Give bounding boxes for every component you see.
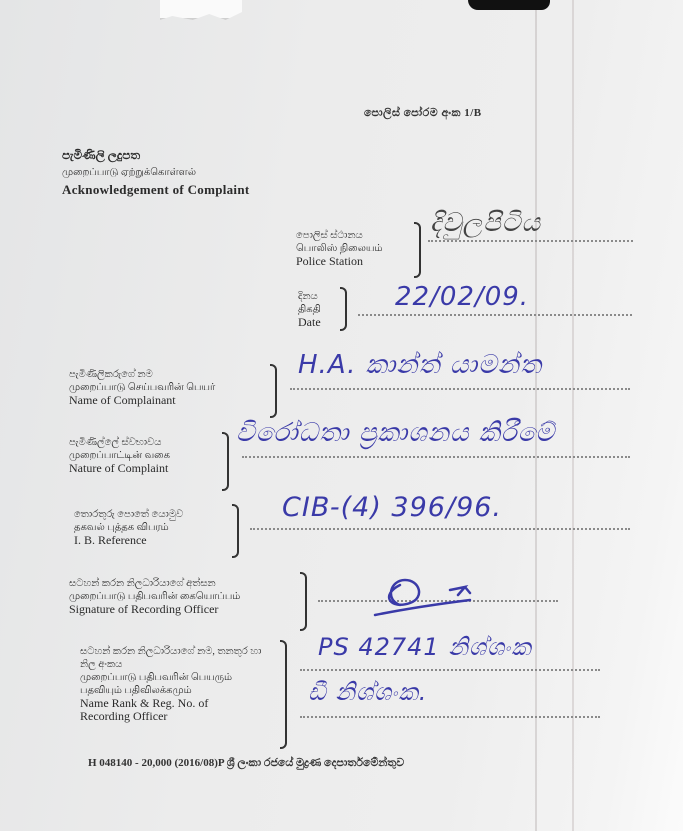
complainant-name-line bbox=[290, 388, 630, 390]
label-english: I. B. Reference bbox=[74, 534, 183, 547]
nature-of-complaint-line bbox=[242, 456, 630, 458]
date-value: 22/02/09. bbox=[395, 282, 529, 312]
label-english: Police Station bbox=[296, 255, 383, 268]
complaint-acknowledgement-form: පොලිස් පෝරම අංක 1/B පැමිණිලි ලදුපත முறைப… bbox=[0, 0, 683, 831]
label-sinhala: පොලිස් ස්ථානය bbox=[296, 229, 383, 242]
label-english: Recording Officer bbox=[80, 710, 270, 723]
form-title: පැමිණිලි ලදුපත முறைப்பாடு ஏற்றுக்கொள்ளல்… bbox=[62, 148, 250, 198]
bracket bbox=[280, 640, 287, 749]
label-tamil: முறைப்பாடு பதிபவரின் பெயரும் பதவியும் பத… bbox=[80, 671, 270, 697]
bracket bbox=[232, 504, 239, 558]
bracket bbox=[340, 287, 347, 331]
title-tamil: முறைப்பாடு ஏற்றுக்கொள்ளல் bbox=[62, 167, 250, 179]
police-station-label: පොලිස් ස්ථානය பொலிஸ் நிலையம் Police Stat… bbox=[296, 229, 383, 268]
paper-fold-line bbox=[535, 0, 537, 831]
ib-reference-line bbox=[250, 528, 630, 530]
date-label: දිනය திகதி Date bbox=[298, 290, 321, 329]
bracket bbox=[300, 572, 307, 631]
title-english: Acknowledgement of Complaint bbox=[62, 182, 250, 198]
police-station-line bbox=[428, 240, 633, 242]
label-sinhala: සටහන් කරන නිලධාරියාගේ අත්සන bbox=[69, 577, 240, 590]
officer-name-line-2 bbox=[300, 716, 600, 718]
ib-reference-label: තොරතුරු පොතේ යොමුව தகவல் புத்தக விபரம் I… bbox=[74, 508, 183, 547]
form-number: පොලිස් පෝරම අංක 1/B bbox=[364, 107, 482, 120]
officer-name-rank-label: සටහන් කරන නිලධාරියාගේ නම, තනතුර හා නිල අ… bbox=[80, 645, 270, 723]
complainant-name-value: H.A. කාන්ත් යාමන්ත bbox=[298, 350, 542, 381]
label-sinhala: පැමිණිලිකරුගේ නම bbox=[69, 368, 215, 381]
label-english: Signature of Recording Officer bbox=[69, 603, 240, 616]
officer-name-rank-value-1: PS 42741 නිශ්ශංක bbox=[318, 633, 532, 661]
officer-name-line-1 bbox=[300, 669, 600, 671]
bracket bbox=[270, 364, 277, 418]
nature-of-complaint-label: පැමිණිල්ලේ ස්වභාවය முறைப்பாட்டின் வகை Na… bbox=[69, 436, 170, 475]
printer-footer: H 048140 - 20,000 (2016/08)P ශ්‍රී ලංකා … bbox=[88, 757, 404, 770]
label-english: Nature of Complaint bbox=[69, 462, 170, 475]
officer-signature-icon bbox=[370, 565, 490, 620]
title-sinhala: පැමිණිලි ලදුපත bbox=[62, 148, 250, 163]
label-sinhala: සටහන් කරන නිලධාරියාගේ නම, තනතුර හා නිල අ… bbox=[80, 645, 270, 671]
bracket bbox=[414, 222, 421, 278]
officer-signature-label: සටහන් කරන නිලධාරියාගේ අත්සන முறைப்பாடு ப… bbox=[69, 577, 240, 616]
label-english: Name of Complainant bbox=[69, 394, 215, 407]
police-station-value: දිවුලපිටිය bbox=[430, 208, 541, 239]
label-sinhala: දිනය bbox=[298, 290, 321, 303]
label-english: Date bbox=[298, 316, 321, 329]
torn-edge bbox=[160, 0, 242, 20]
date-line bbox=[358, 314, 632, 316]
complainant-name-label: පැමිණිලිකරුගේ නම முறைப்பாடு செய்பவரின் ப… bbox=[69, 368, 215, 407]
ib-reference-value: CIB-(4) 396/96. bbox=[282, 492, 502, 523]
nature-of-complaint-value: විරෝධතා ප්‍රකාශනය කිරීමේ bbox=[236, 418, 555, 449]
label-sinhala: තොරතුරු පොතේ යොමුව bbox=[74, 508, 183, 521]
officer-name-rank-value-2: ඩී නිශ්ශංක. bbox=[308, 678, 427, 706]
paper-fold-line bbox=[572, 0, 574, 831]
ink-mark bbox=[468, 0, 550, 10]
bracket bbox=[222, 432, 229, 491]
label-sinhala: පැමිණිල්ලේ ස්වභාවය bbox=[69, 436, 170, 449]
